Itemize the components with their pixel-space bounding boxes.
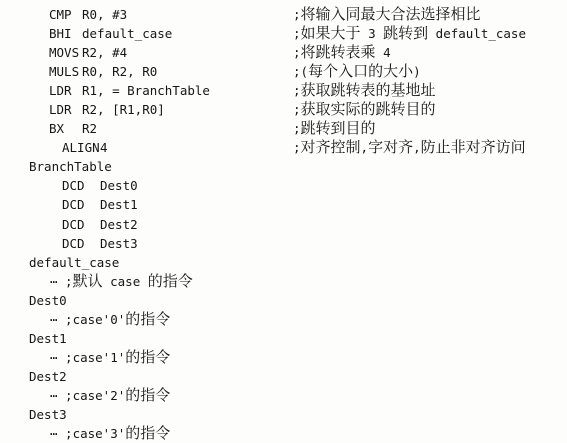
code-line: Dest3	[0, 405, 567, 424]
ellipsis-instruction-placeholder: ⋯ ;case'1'的指令	[50, 348, 170, 367]
mnemonic: DCD	[62, 176, 85, 195]
code-line: DCDDest2	[0, 215, 567, 234]
code-label: BranchTable	[29, 157, 112, 176]
operands: Dest3	[100, 234, 138, 253]
mnemonic: MOVS	[49, 43, 79, 62]
comment: ;将输入同最大合法选择相比	[293, 5, 481, 24]
operands: 4	[100, 138, 108, 157]
code-label: default_case	[29, 253, 119, 272]
code-line: BranchTable	[0, 157, 567, 176]
code-line: MOVSR2, #4;将跳转表乘 4	[0, 43, 567, 62]
ellipsis-instruction-placeholder: ⋯ ;默认 case 的指令	[50, 272, 193, 291]
code-label: Dest3	[29, 405, 67, 424]
ellipsis-instruction-placeholder: ⋯ ;case'0'的指令	[50, 310, 170, 329]
operands: R2	[82, 119, 97, 138]
code-label: Dest1	[29, 329, 67, 348]
ellipsis-instruction-placeholder: ⋯ ;case'2'的指令	[50, 386, 170, 405]
operands: R0, #3	[82, 5, 127, 24]
mnemonic: BHI	[49, 24, 72, 43]
code-line: ⋯ ;case'2'的指令	[0, 386, 567, 405]
code-line: default_case	[0, 253, 567, 272]
code-line: ALIGN4;对齐控制,字对齐,防止非对齐访问	[0, 138, 567, 157]
code-label: Dest0	[29, 291, 67, 310]
assembly-code-listing: CMPR0, #3;将输入同最大合法选择相比BHIdefault_case;如果…	[0, 0, 567, 443]
mnemonic: CMP	[49, 5, 72, 24]
mnemonic: DCD	[62, 215, 85, 234]
code-line: DCDDest1	[0, 195, 567, 214]
comment: ;如果大于 3 跳转到 default_case	[293, 24, 526, 43]
mnemonic: LDR	[49, 81, 72, 100]
mnemonic: MULS	[49, 62, 79, 81]
code-line: BHIdefault_case;如果大于 3 跳转到 default_case	[0, 24, 567, 43]
code-line: DCDDest3	[0, 234, 567, 253]
code-line: LDRR2, [R1,R0];获取实际的跳转目的	[0, 100, 567, 119]
operands: R2, [R1,R0]	[82, 100, 165, 119]
comment: ;将跳转表乘 4	[293, 43, 391, 62]
operands: R2, #4	[82, 43, 127, 62]
code-line: ⋯ ;case'0'的指令	[0, 310, 567, 329]
code-line: Dest1	[0, 329, 567, 348]
operands: Dest0	[100, 176, 138, 195]
code-label: Dest2	[29, 367, 67, 386]
comment: ;跳转到目的	[293, 119, 376, 138]
comment: ;对齐控制,字对齐,防止非对齐访问	[293, 138, 526, 157]
code-line: MULSR0, R2, R0;(每个入口的大小)	[0, 62, 567, 81]
operands: default_case	[82, 24, 172, 43]
code-line: DCDDest0	[0, 176, 567, 195]
code-line: ⋯ ;默认 case 的指令	[0, 272, 567, 291]
code-line: LDRR1, = BranchTable;获取跳转表的基地址	[0, 81, 567, 100]
mnemonic: DCD	[62, 234, 85, 253]
code-line: ⋯ ;case'1'的指令	[0, 348, 567, 367]
code-line: BXR2;跳转到目的	[0, 119, 567, 138]
code-line: Dest2	[0, 367, 567, 386]
code-line: CMPR0, #3;将输入同最大合法选择相比	[0, 5, 567, 24]
mnemonic: BX	[49, 119, 64, 138]
mnemonic: ALIGN	[62, 138, 100, 157]
operands: Dest1	[100, 195, 138, 214]
code-line: Dest0	[0, 291, 567, 310]
operands: Dest2	[100, 215, 138, 234]
comment: ;(每个入口的大小)	[293, 62, 421, 81]
operands: R0, R2, R0	[82, 62, 157, 81]
operands: R1, = BranchTable	[82, 81, 210, 100]
comment: ;获取跳转表的基地址	[293, 81, 436, 100]
mnemonic: DCD	[62, 195, 85, 214]
ellipsis-instruction-placeholder: ⋯ ;case'3'的指令	[50, 424, 170, 443]
comment: ;获取实际的跳转目的	[293, 100, 436, 119]
code-line: ⋯ ;case'3'的指令	[0, 424, 567, 443]
mnemonic: LDR	[49, 100, 72, 119]
